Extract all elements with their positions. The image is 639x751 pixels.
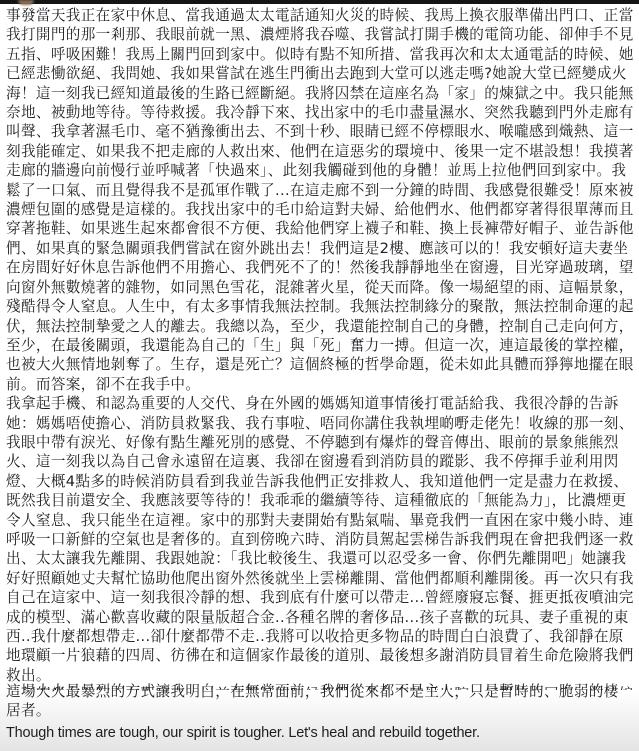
post-body: 事發當天我正在家中休息、當我通過太太電話通知火災的時候、我馬上換衣服準備出門口、…: [6, 6, 636, 724]
post-conclusion: 這場大火最暴烈的方式讓我明白，在無常面前，我們從來都不是主人，只是暫時的、脆弱的…: [6, 682, 631, 721]
english-caption: Though times are tough, our spirit is to…: [6, 725, 636, 741]
post-paragraph-1: 事發當天我正在家中休息、當我通過太太電話通知火災的時候、我馬上換衣服準備出門口、…: [6, 6, 636, 394]
post-paragraph-2: 我拿起手機、和認為重要的人交代、身在外國的媽媽知道事情後打電話給我、我很冷靜的告…: [6, 394, 636, 685]
avatar-edge: [18, 0, 34, 5]
top-bar: [0, 0, 639, 4]
